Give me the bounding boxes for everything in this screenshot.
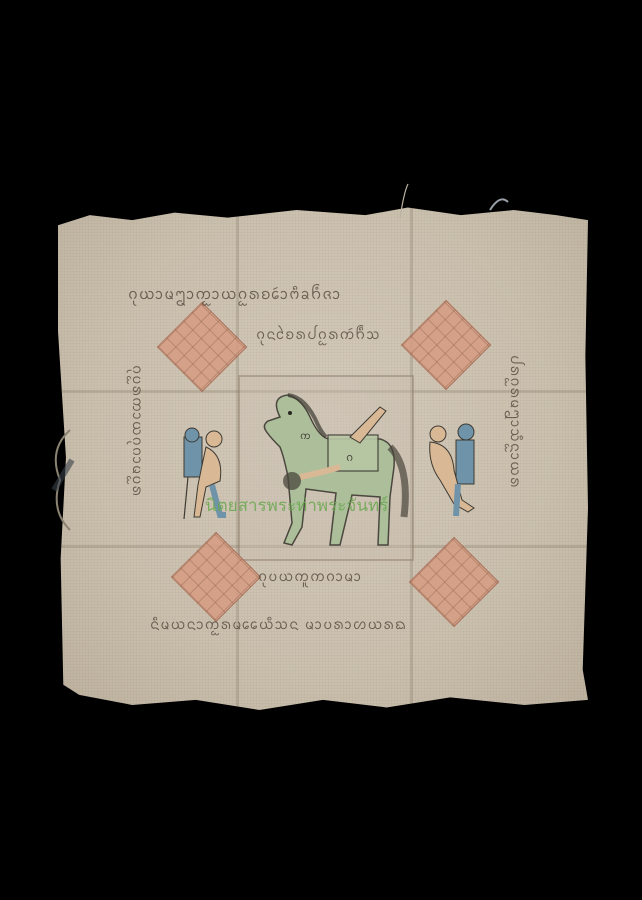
left-inscription: ᨣᩩᨷᩬᩁᨠᩣᨿᨣᩩᨣᩣᨾᨷᩬᩁ bbox=[126, 365, 148, 625]
lower-center-inscription: ᨣᩩᨷᨿᨠᩪᨠᨣᩣᨾᩣ bbox=[258, 567, 362, 589]
bottom-inscription: ᨶᩥᨾᨿᨶᩣᨠᩬᩁᨾᩯᨿᩥᩈᨶ ᨾᩣᨷᩁᩣᩉᨿᩁᨳ bbox=[150, 615, 407, 637]
cloth-talisman: ᨠ ᨣ ᨣᩩᨿᩣᨾᩂᩣᨠᩬᩣᨿᨣᩬᩁᨧᩮᩢᩣᨻᩥᨡᨤᩴᨩᩣ ᨣᩩᨶᩱᨧᩁᨸᨣᩬᩁ… bbox=[58, 205, 588, 710]
yantra-square-bottom-right bbox=[409, 537, 500, 628]
svg-text:ᨣ: ᨣ bbox=[346, 451, 353, 464]
watermark-text: นิตยสารพระท่าพระจันทร์ bbox=[205, 492, 388, 519]
right-inscription: ᨸᩁᨣᩬᩁᨾᩂᩣᩈᩥᨶᩬᩣᨿᩁ bbox=[504, 355, 526, 625]
top-inscription: ᨣᩩᨿᩣᨾᩂᩣᨠᩬᩣᨿᨣᩬᩁᨧᩮᩢᩣᨻᩥᨡᨤᩴᨩᩣ bbox=[128, 283, 341, 307]
yantra-square-top-right bbox=[401, 300, 492, 391]
right-couple-illustration bbox=[418, 420, 482, 530]
center-panel: ᨠ ᨣ bbox=[238, 375, 414, 561]
horse-illustration: ᨠ ᨣ bbox=[240, 377, 412, 559]
black-backdrop: ᨠ ᨣ ᨣᩩᨿᩣᨾᩂᩣᨠᩬᩣᨿᨣᩬᩁᨧᩮᩢᩣᨻᩥᨡᨤᩴᨩᩣ ᨣᩩᨶᩱᨧᩁᨸᨣᩬᩁ… bbox=[0, 0, 642, 900]
frayed-thread-top bbox=[390, 180, 510, 220]
frayed-thread-left bbox=[40, 420, 80, 540]
yantra-square-top-left bbox=[157, 302, 248, 393]
svg-text:ᨠ: ᨠ bbox=[300, 431, 311, 442]
upper-center-inscription: ᨣᩩᨶᩱᨧᩁᨸᨣᩬᩁᨠᩢᨤᩥᩈ bbox=[256, 325, 381, 347]
